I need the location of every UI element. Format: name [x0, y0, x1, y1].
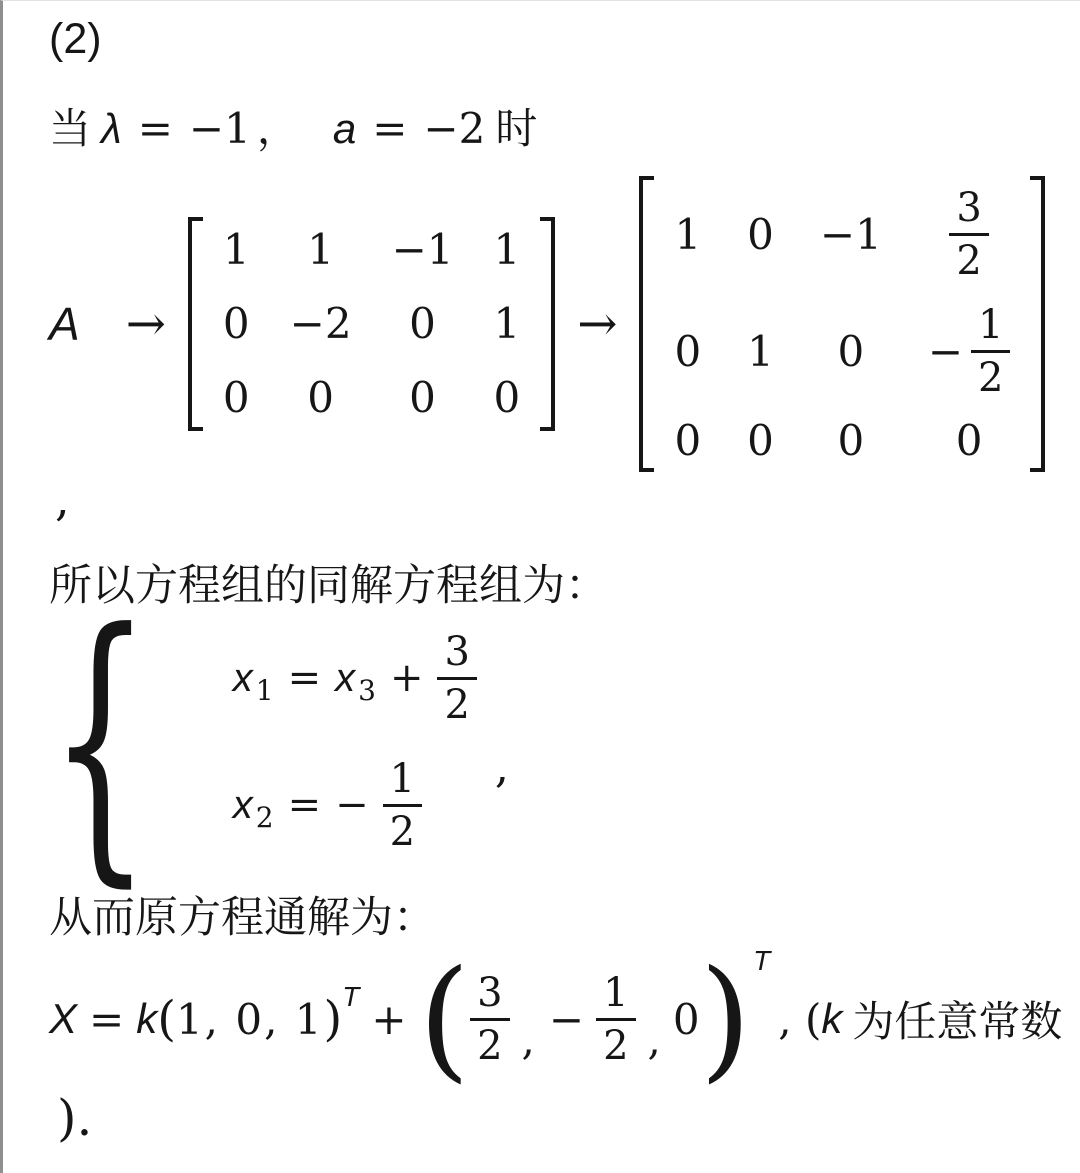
condition-line: 当 λ = −1 ， a = −2 时 [49, 96, 1064, 156]
matrix-cell: −2 [290, 303, 352, 345]
matrix-cell: 0 [674, 331, 701, 373]
fraction: 1 2 [383, 757, 422, 854]
minus-sign: − [549, 995, 584, 1044]
system-equations: x 1 = x 3 + 3 2 x 2 = − 1 2 [233, 630, 477, 854]
matrix-cell: 0 [409, 377, 436, 419]
equals-sign: = [288, 782, 322, 828]
transpose-superscript: T [753, 945, 770, 977]
matrix-cell: 0 [307, 377, 334, 419]
matrix-a-symbol: A [49, 297, 80, 351]
trailing-comma: , [49, 476, 1064, 522]
general-solution-label: 从而原方程通解为： [49, 884, 1064, 945]
matrix-cell: 1 [674, 214, 701, 256]
zero-value: 0 [673, 995, 700, 1044]
arbitrary-constant-note: 为任意常数 [852, 989, 1062, 1049]
fraction-denominator: 2 [390, 807, 415, 854]
lambda-value: −1 [189, 104, 251, 153]
fraction: 3 2 [949, 186, 988, 283]
minus-sign: − [335, 782, 369, 828]
rightarrow-icon: → [577, 296, 617, 352]
plus-sign: + [371, 995, 406, 1044]
equals-sign: = [372, 104, 407, 153]
x-var: x [233, 656, 253, 701]
open-paren: ( [157, 991, 176, 1047]
matrix-cell: 0 [956, 420, 983, 462]
signed-fraction: − 1 2 [928, 303, 1011, 400]
matrix-step2: 1 0 −1 3 2 0 1 0 − 1 2 [639, 176, 1045, 472]
matrix-cell: 0 [493, 377, 520, 419]
math-solution-page: (2) 当 λ = −1 ， a = −2 时 A → 1 1 −1 1 0 −… [0, 0, 1080, 1173]
subscript: 3 [358, 674, 376, 707]
matrix-cell: 0 [223, 377, 250, 419]
a-value: −2 [423, 104, 485, 153]
fraction-denominator: 2 [956, 236, 981, 283]
fraction-denominator: 2 [444, 680, 469, 727]
fraction: 1 2 [596, 971, 635, 1068]
matrix-cell: 1 [747, 331, 774, 373]
fraction-numerator: 3 [949, 186, 988, 236]
left-bracket [188, 217, 203, 431]
fraction-numerator: 1 [596, 971, 635, 1021]
fraction-denominator: 2 [603, 1021, 628, 1068]
k-var: k [136, 995, 157, 1043]
matrix-cell: −1 [820, 214, 882, 256]
transpose-superscript: T [342, 981, 359, 1013]
fraction-denominator: 2 [978, 353, 1003, 400]
matrix-cell: 1 [307, 229, 334, 271]
general-solution-line: X = k ( 1, 0, 1 ) T + ( 3 2 , − 1 2 , 0 … [49, 959, 1064, 1079]
system-brace: { [49, 629, 151, 854]
right-bracket [1030, 176, 1045, 472]
matrix-cell: 1 [493, 303, 520, 345]
equation-2: x 2 = − 1 2 [233, 757, 477, 854]
subscript: 1 [256, 674, 274, 707]
matrix-step2-cells: 1 0 −1 3 2 0 1 0 − 1 2 [654, 176, 1030, 472]
matrix-cell: 0 [674, 420, 701, 462]
rightarrow-icon: → [126, 296, 166, 352]
vector-values: 1, 0, 1 [176, 995, 324, 1044]
x-var: x [233, 783, 253, 828]
a-var: a [333, 105, 356, 153]
subscript: 2 [256, 801, 274, 834]
minus-sign: − [928, 331, 963, 373]
matrix-cell: 0 [747, 214, 774, 256]
equals-sign: = [89, 995, 124, 1044]
matrix-step1: 1 1 −1 1 0 −2 0 1 0 0 0 0 [188, 217, 555, 431]
matrix-step1-cells: 1 1 −1 1 0 −2 0 1 0 0 0 0 [203, 217, 540, 431]
plus-sign: + [390, 655, 424, 701]
comma-open-paren: , ( [778, 995, 821, 1044]
system-comma: , [495, 742, 509, 793]
left-bracket [639, 176, 654, 472]
close-paren: ) [324, 991, 343, 1047]
matrix-cell: 0 [838, 420, 865, 462]
fraction-numerator: 1 [383, 757, 422, 807]
matrix-cell: 0 [223, 303, 250, 345]
part-label: (2) [49, 15, 1064, 64]
shi-text: 时 [495, 96, 537, 156]
fraction: 3 2 [470, 971, 509, 1068]
matrix-cell: 0 [409, 303, 436, 345]
equals-sign: = [288, 655, 322, 701]
equivalent-system-label: 所以方程组的同解方程组为： [49, 552, 1064, 613]
fullwidth-comma: ， [257, 96, 299, 156]
matrix-cell: 0 [747, 420, 774, 462]
matrix-cell-fraction: − 1 2 [928, 303, 1011, 400]
matrix-cell: 1 [223, 229, 250, 271]
comma: , [522, 1015, 535, 1064]
equals-sign: = [138, 104, 173, 153]
fraction: 1 2 [971, 303, 1010, 400]
fraction-numerator: 3 [470, 971, 509, 1021]
solution-X-var: X [49, 995, 77, 1043]
fraction-denominator: 2 [477, 1021, 502, 1068]
big-close-paren: ) [700, 959, 752, 1079]
matrix-cell: −1 [392, 229, 454, 271]
equation-system: { x 1 = x 3 + 3 2 x 2 = − 1 [49, 629, 1064, 854]
closing-paren-period: ). [49, 1089, 1064, 1147]
matrix-cell: 0 [838, 331, 865, 373]
row-reduction-line: A → 1 1 −1 1 0 −2 0 1 0 0 0 0 → [49, 176, 1064, 472]
big-open-paren: ( [419, 959, 471, 1079]
fraction-numerator: 1 [971, 303, 1010, 353]
right-bracket [540, 217, 555, 431]
matrix-cell-fraction: 3 2 [949, 186, 988, 283]
comma: , [648, 1015, 661, 1064]
k-var: k [821, 995, 842, 1043]
x-var: x [335, 656, 355, 701]
when-text: 当 [49, 96, 91, 156]
equation-1: x 1 = x 3 + 3 2 [233, 630, 477, 727]
fraction-numerator: 3 [437, 630, 476, 680]
matrix-cell: 1 [493, 229, 520, 271]
fraction: 3 2 [437, 630, 476, 727]
lambda-var: λ [101, 105, 122, 153]
